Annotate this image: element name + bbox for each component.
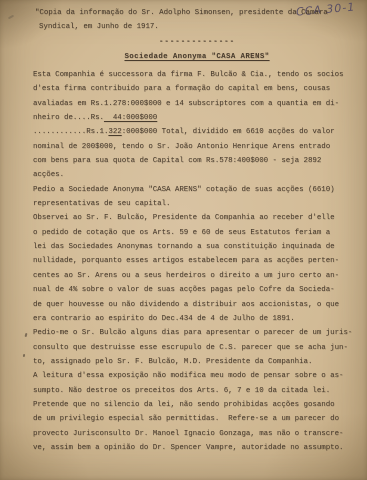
pencil-mark — [8, 15, 14, 20]
text-line: de um privilegio especial são permittida… — [33, 412, 361, 426]
text-line: Esta Companhia é successora da firma F. … — [33, 68, 361, 82]
text-line: centes ao Sr. Arens ou a seus herdeiros … — [33, 269, 361, 283]
text-line: Pedio a Sociedade Anonyma "CASA ARENS" c… — [33, 183, 361, 197]
text-line: sumpto. Não destroe os preceitos dos Art… — [33, 384, 361, 398]
header-line: Syndical, em Junho de 1917. — [39, 20, 361, 34]
text-line: lei das Sociedades Anonymas tornando a s… — [33, 240, 361, 254]
text-line: acções. — [33, 168, 361, 182]
text-line-amount: nheiro de....Rs. 44:000$000 — [33, 111, 361, 125]
text-line: Observei ao Sr. F. Bulcão, Presidente da… — [33, 211, 361, 225]
text-line: d'esta firma contribuido para a formação… — [33, 82, 361, 96]
text-line: o pedido de cotação que os Arts. 59 e 60… — [33, 226, 361, 240]
pencil-mark — [23, 354, 25, 357]
header-line: "Copia da informação do Sr. Adolpho Simo… — [35, 6, 361, 20]
text-line: Pedio-me o Sr. Bulcão alguns dias para a… — [33, 326, 361, 340]
document-page: CCA 30-1 "Copia da informação do Sr. Ado… — [0, 0, 367, 480]
underlined-amount: 44:000$000 — [104, 114, 157, 122]
text-line: consulto que destruisse esse escrupulo d… — [33, 341, 361, 355]
document-title: Sociedade Anonyma "CASA ARENS" — [33, 50, 361, 66]
text-line: nual de 4% sobre o valor de suas acções … — [33, 283, 361, 297]
underlined-amount: 322 — [108, 128, 121, 136]
text-line: de quer houvesse ou não dividendo a dist… — [33, 298, 361, 312]
text-line-amount: ............Rs.1.322:000$000 Total, divi… — [33, 125, 361, 139]
text-line: to, assignado pelo Sr. F. Bulcão, M.D. P… — [33, 355, 361, 369]
text-line: nominal de 200$000, tendo o Sr. João Ant… — [33, 140, 361, 154]
text-line: provecto Jurisconsulto Dr. Manoel Ignaci… — [33, 427, 361, 441]
dashed-divider: -------------- — [33, 35, 361, 50]
pencil-mark — [25, 333, 28, 337]
text-line: ve, assim bem a opinião do Dr. Spencer V… — [33, 441, 361, 455]
text-line: representativas de seu capital. — [33, 197, 361, 211]
text-line: avaliadas em Rs.1.278:000$000 e 14 subsc… — [33, 97, 361, 111]
text-line: era contrario ao espirito do Dec.434 de … — [33, 312, 361, 326]
text-line: com bens para sua quota de Capital com R… — [33, 154, 361, 168]
text-line: A leitura d'essa exposição não modifica … — [33, 369, 361, 383]
typewritten-text-block: "Copia da informação do Sr. Adolpho Simo… — [33, 6, 361, 455]
text-line: Pretende que no silencio da lei, não sen… — [33, 398, 361, 412]
text-line: nullidade, porquanto esses artigos estab… — [33, 254, 361, 268]
